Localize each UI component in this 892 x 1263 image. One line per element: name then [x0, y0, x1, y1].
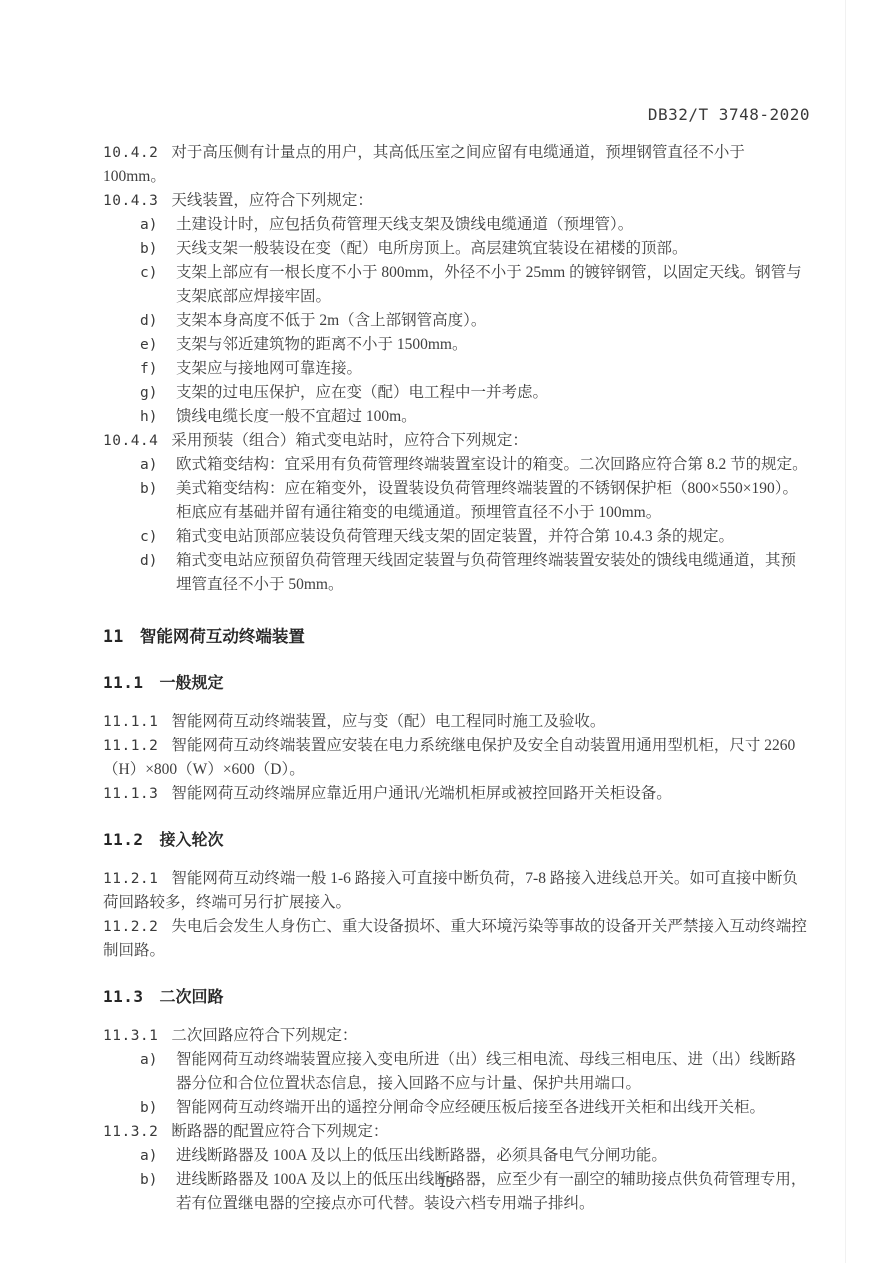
list-item-c: c)支架上部应有一根长度不小于 800mm，外径不小于 25mm 的镀锌钢管，以…	[103, 261, 811, 309]
item-label: a)	[140, 213, 157, 237]
item-label: b)	[140, 1096, 157, 1120]
clause-number: 11.1.1	[103, 714, 158, 730]
clause-11-1-2: 11.1.2智能网荷互动终端装置应安装在电力系统继电保护及安全自动装置用通用型机…	[103, 734, 811, 782]
item-label: e)	[140, 333, 157, 357]
item-label: g)	[140, 381, 157, 405]
clause-11-1-3: 11.1.3智能网荷互动终端屏应靠近用户通讯/光端机柜屏或被控回路开关柜设备。	[103, 782, 811, 806]
item-text: 箱式变电站顶部应装设负荷管理天线支架的固定装置，并符合第 10.4.3 条的规定…	[176, 528, 734, 545]
document-body: 10.4.2对于高压侧有计量点的用户，其高低压室之间应留有电缆通道，预埋钢管直径…	[103, 141, 811, 1216]
clause-number: 11.1.3	[103, 786, 158, 802]
list-item-b: b)天线支架一般装设在变（配）电所房顶上。高层建筑宜装设在裙楼的顶部。	[103, 237, 811, 261]
clause-11-3-2: 11.3.2断路器的配置应符合下列规定：	[103, 1120, 811, 1144]
item-text: 支架上部应有一根长度不小于 800mm，外径不小于 25mm 的镀锌钢管，以固定…	[176, 264, 802, 305]
clause-number: 11.3.2	[103, 1124, 158, 1140]
list-item-f: f)支架应与接地网可靠连接。	[103, 357, 811, 381]
item-text: 支架的过电压保护，应在变（配）电工程中一并考虑。	[176, 384, 548, 401]
item-label: h)	[140, 405, 157, 429]
clause-text: 对于高压侧有计量点的用户，其高低压室之间应留有电缆通道，预埋钢管直径不小于 10…	[103, 144, 745, 185]
list-item-a: a)土建设计时，应包括负荷管理天线支架及馈线电缆通道（预埋管）。	[103, 213, 811, 237]
item-label: b)	[140, 477, 157, 501]
clause-text: 天线装置，应符合下列规定：	[171, 192, 373, 209]
item-text: 智能网荷互动终端装置应接入变电所进（出）线三相电流、母线三相电压、进（出）线断路…	[176, 1051, 796, 1092]
clause-number: 10.4.4	[103, 433, 158, 449]
clause-number: 11.2.1	[103, 871, 158, 887]
item-label: a)	[140, 1144, 157, 1168]
clause-text: 智能网荷互动终端一般 1-6 路接入可直接中断负荷，7-8 路接入进线总开关。如…	[103, 870, 798, 911]
clause-text: 智能网荷互动终端屏应靠近用户通讯/光端机柜屏或被控回路开关柜设备。	[171, 785, 671, 802]
clause-10-4-2: 10.4.2对于高压侧有计量点的用户，其高低压室之间应留有电缆通道，预埋钢管直径…	[103, 141, 811, 189]
list-item-b: b)美式箱变结构：应在箱变外，设置装设负荷管理终端装置的不锈钢保护柜（800×5…	[103, 477, 811, 525]
item-text: 进线断路器及 100A 及以上的低压出线断路器，必须具备电气分闸功能。	[176, 1147, 667, 1164]
clause-11-1-1: 11.1.1智能网荷互动终端装置，应与变（配）电工程同时施工及验收。	[103, 710, 811, 734]
item-label: c)	[140, 525, 157, 549]
item-label: a)	[140, 453, 157, 477]
list-item-d: d)箱式变电站应预留负荷管理天线固定装置与负荷管理终端装置安装处的馈线电缆通道，…	[103, 549, 811, 597]
clause-10-4-3: 10.4.3天线装置，应符合下列规定：	[103, 189, 811, 213]
list-item-a: a)智能网荷互动终端装置应接入变电所进（出）线三相电流、母线三相电压、进（出）线…	[103, 1048, 811, 1096]
item-text: 智能网荷互动终端开出的遥控分闸命令应经硬压板后接至各进线开关柜和出线开关柜。	[176, 1099, 765, 1116]
list-item-h: h)馈线电缆长度一般不宜超过 100m。	[103, 405, 811, 429]
section-title: 一般规定	[160, 675, 224, 692]
clause-11-3-1-items: a)智能网荷互动终端装置应接入变电所进（出）线三相电流、母线三相电压、进（出）线…	[103, 1048, 811, 1120]
list-item-c: c)箱式变电站顶部应装设负荷管理天线支架的固定装置，并符合第 10.4.3 条的…	[103, 525, 811, 549]
section-11-3-heading: 11.3二次回路	[103, 985, 811, 1010]
clause-10-4-3-items: a)土建设计时，应包括负荷管理天线支架及馈线电缆通道（预埋管）。 b)天线支架一…	[103, 213, 811, 429]
item-label: a)	[140, 1048, 157, 1072]
item-label: d)	[140, 309, 157, 333]
section-11-2-heading: 11.2接入轮次	[103, 828, 811, 853]
clause-text: 失电后会发生人身伤亡、重大设备损坏、重大环境污染等事故的设备开关严禁接入互动终端…	[103, 918, 807, 959]
clause-11-2-2: 11.2.2失电后会发生人身伤亡、重大设备损坏、重大环境污染等事故的设备开关严禁…	[103, 915, 811, 963]
clause-text: 智能网荷互动终端装置应安装在电力系统继电保护及安全自动装置用通用型机柜，尺寸 2…	[103, 737, 795, 778]
item-text: 土建设计时，应包括负荷管理天线支架及馈线电缆通道（预埋管）。	[176, 216, 633, 233]
clause-text: 二次回路应符合下列规定：	[171, 1027, 357, 1044]
section-number: 11.1	[103, 673, 144, 692]
list-item-b: b)智能网荷互动终端开出的遥控分闸命令应经硬压板后接至各进线开关柜和出线开关柜。	[103, 1096, 811, 1120]
section-number: 11.3	[103, 987, 144, 1006]
standard-code-header: DB32/T 3748-2020	[648, 105, 810, 124]
chapter-11-heading: 11智能网荷互动终端装置	[103, 625, 811, 649]
item-text: 馈线电缆长度一般不宜超过 100m。	[176, 408, 417, 425]
list-item-d: d)支架本身高度不低于 2m（含上部钢管高度）。	[103, 309, 811, 333]
section-11-1-heading: 11.1一般规定	[103, 671, 811, 696]
chapter-number: 11	[103, 627, 124, 646]
clause-10-4-4: 10.4.4采用预装（组合）箱式变电站时，应符合下列规定：	[103, 429, 811, 453]
item-text: 支架本身高度不低于 2m（含上部钢管高度）。	[176, 312, 486, 329]
clause-11-2-1: 11.2.1智能网荷互动终端一般 1-6 路接入可直接中断负荷，7-8 路接入进…	[103, 867, 811, 915]
page-number: 15	[0, 1176, 892, 1191]
item-text: 美式箱变结构：应在箱变外，设置装设负荷管理终端装置的不锈钢保护柜（800×550…	[176, 480, 798, 521]
item-text: 支架应与接地网可靠连接。	[176, 360, 362, 377]
item-text: 箱式变电站应预留负荷管理天线固定装置与负荷管理终端装置安装处的馈线电缆通道，其预…	[176, 552, 796, 593]
document-page: DB32/T 3748-2020 10.4.2对于高压侧有计量点的用户，其高低压…	[0, 0, 892, 1263]
clause-text: 断路器的配置应符合下列规定：	[171, 1123, 388, 1140]
clause-text: 采用预装（组合）箱式变电站时，应符合下列规定：	[171, 432, 528, 449]
list-item-a: a)进线断路器及 100A 及以上的低压出线断路器，必须具备电气分闸功能。	[103, 1144, 811, 1168]
item-text: 支架与邻近建筑物的距离不小于 1500mm。	[176, 336, 468, 353]
chapter-title: 智能网荷互动终端装置	[140, 627, 305, 646]
list-item-a: a)欧式箱变结构：宜采用有负荷管理终端装置室设计的箱变。二次回路应符合第 8.2…	[103, 453, 811, 477]
list-item-g: g)支架的过电压保护，应在变（配）电工程中一并考虑。	[103, 381, 811, 405]
item-text: 天线支架一般装设在变（配）电所房顶上。高层建筑宜装设在裙楼的顶部。	[176, 240, 688, 257]
item-label: d)	[140, 549, 157, 573]
clause-number: 10.4.3	[103, 193, 158, 209]
item-label: c)	[140, 261, 157, 285]
item-label: f)	[140, 357, 157, 381]
section-title: 二次回路	[160, 989, 224, 1006]
item-text: 欧式箱变结构：宜采用有负荷管理终端装置室设计的箱变。二次回路应符合第 8.2 节…	[176, 456, 808, 473]
clause-number: 11.2.2	[103, 919, 158, 935]
clause-number: 11.3.1	[103, 1028, 158, 1044]
clause-number: 10.4.2	[103, 145, 158, 161]
clause-10-4-4-items: a)欧式箱变结构：宜采用有负荷管理终端装置室设计的箱变。二次回路应符合第 8.2…	[103, 453, 811, 597]
section-title: 接入轮次	[160, 832, 224, 849]
section-number: 11.2	[103, 830, 144, 849]
clause-text: 智能网荷互动终端装置，应与变（配）电工程同时施工及验收。	[171, 713, 605, 730]
clause-11-3-1: 11.3.1二次回路应符合下列规定：	[103, 1024, 811, 1048]
list-item-e: e)支架与邻近建筑物的距离不小于 1500mm。	[103, 333, 811, 357]
clause-number: 11.1.2	[103, 738, 158, 754]
item-label: b)	[140, 237, 157, 261]
